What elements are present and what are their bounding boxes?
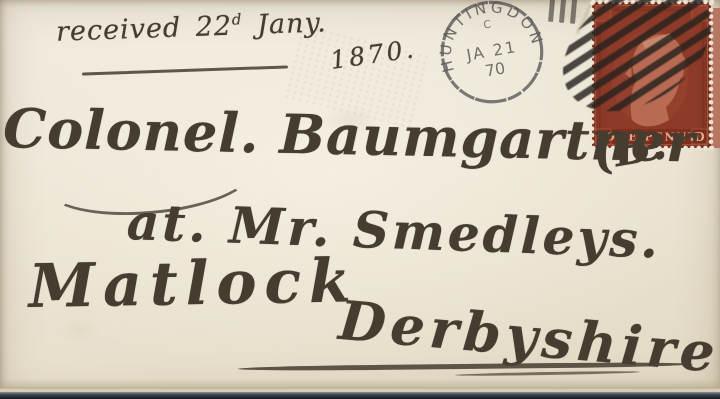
- address-line-3: Matlock: [28, 246, 359, 322]
- postmark-year: 70: [483, 58, 506, 80]
- postmark-index-letter: C: [483, 19, 492, 32]
- envelope-photo: received 22d Jany. 1870. HUNTINGDON C JA…: [0, 0, 720, 399]
- postmark: HUNTINGDON C JA 21 70: [437, 0, 547, 107]
- cancel-tick-bars: [548, 0, 584, 28]
- ordinal-superscript: d: [232, 10, 243, 28]
- received-note-text: received 22: [56, 11, 233, 48]
- photo-background-edge: [0, 392, 720, 399]
